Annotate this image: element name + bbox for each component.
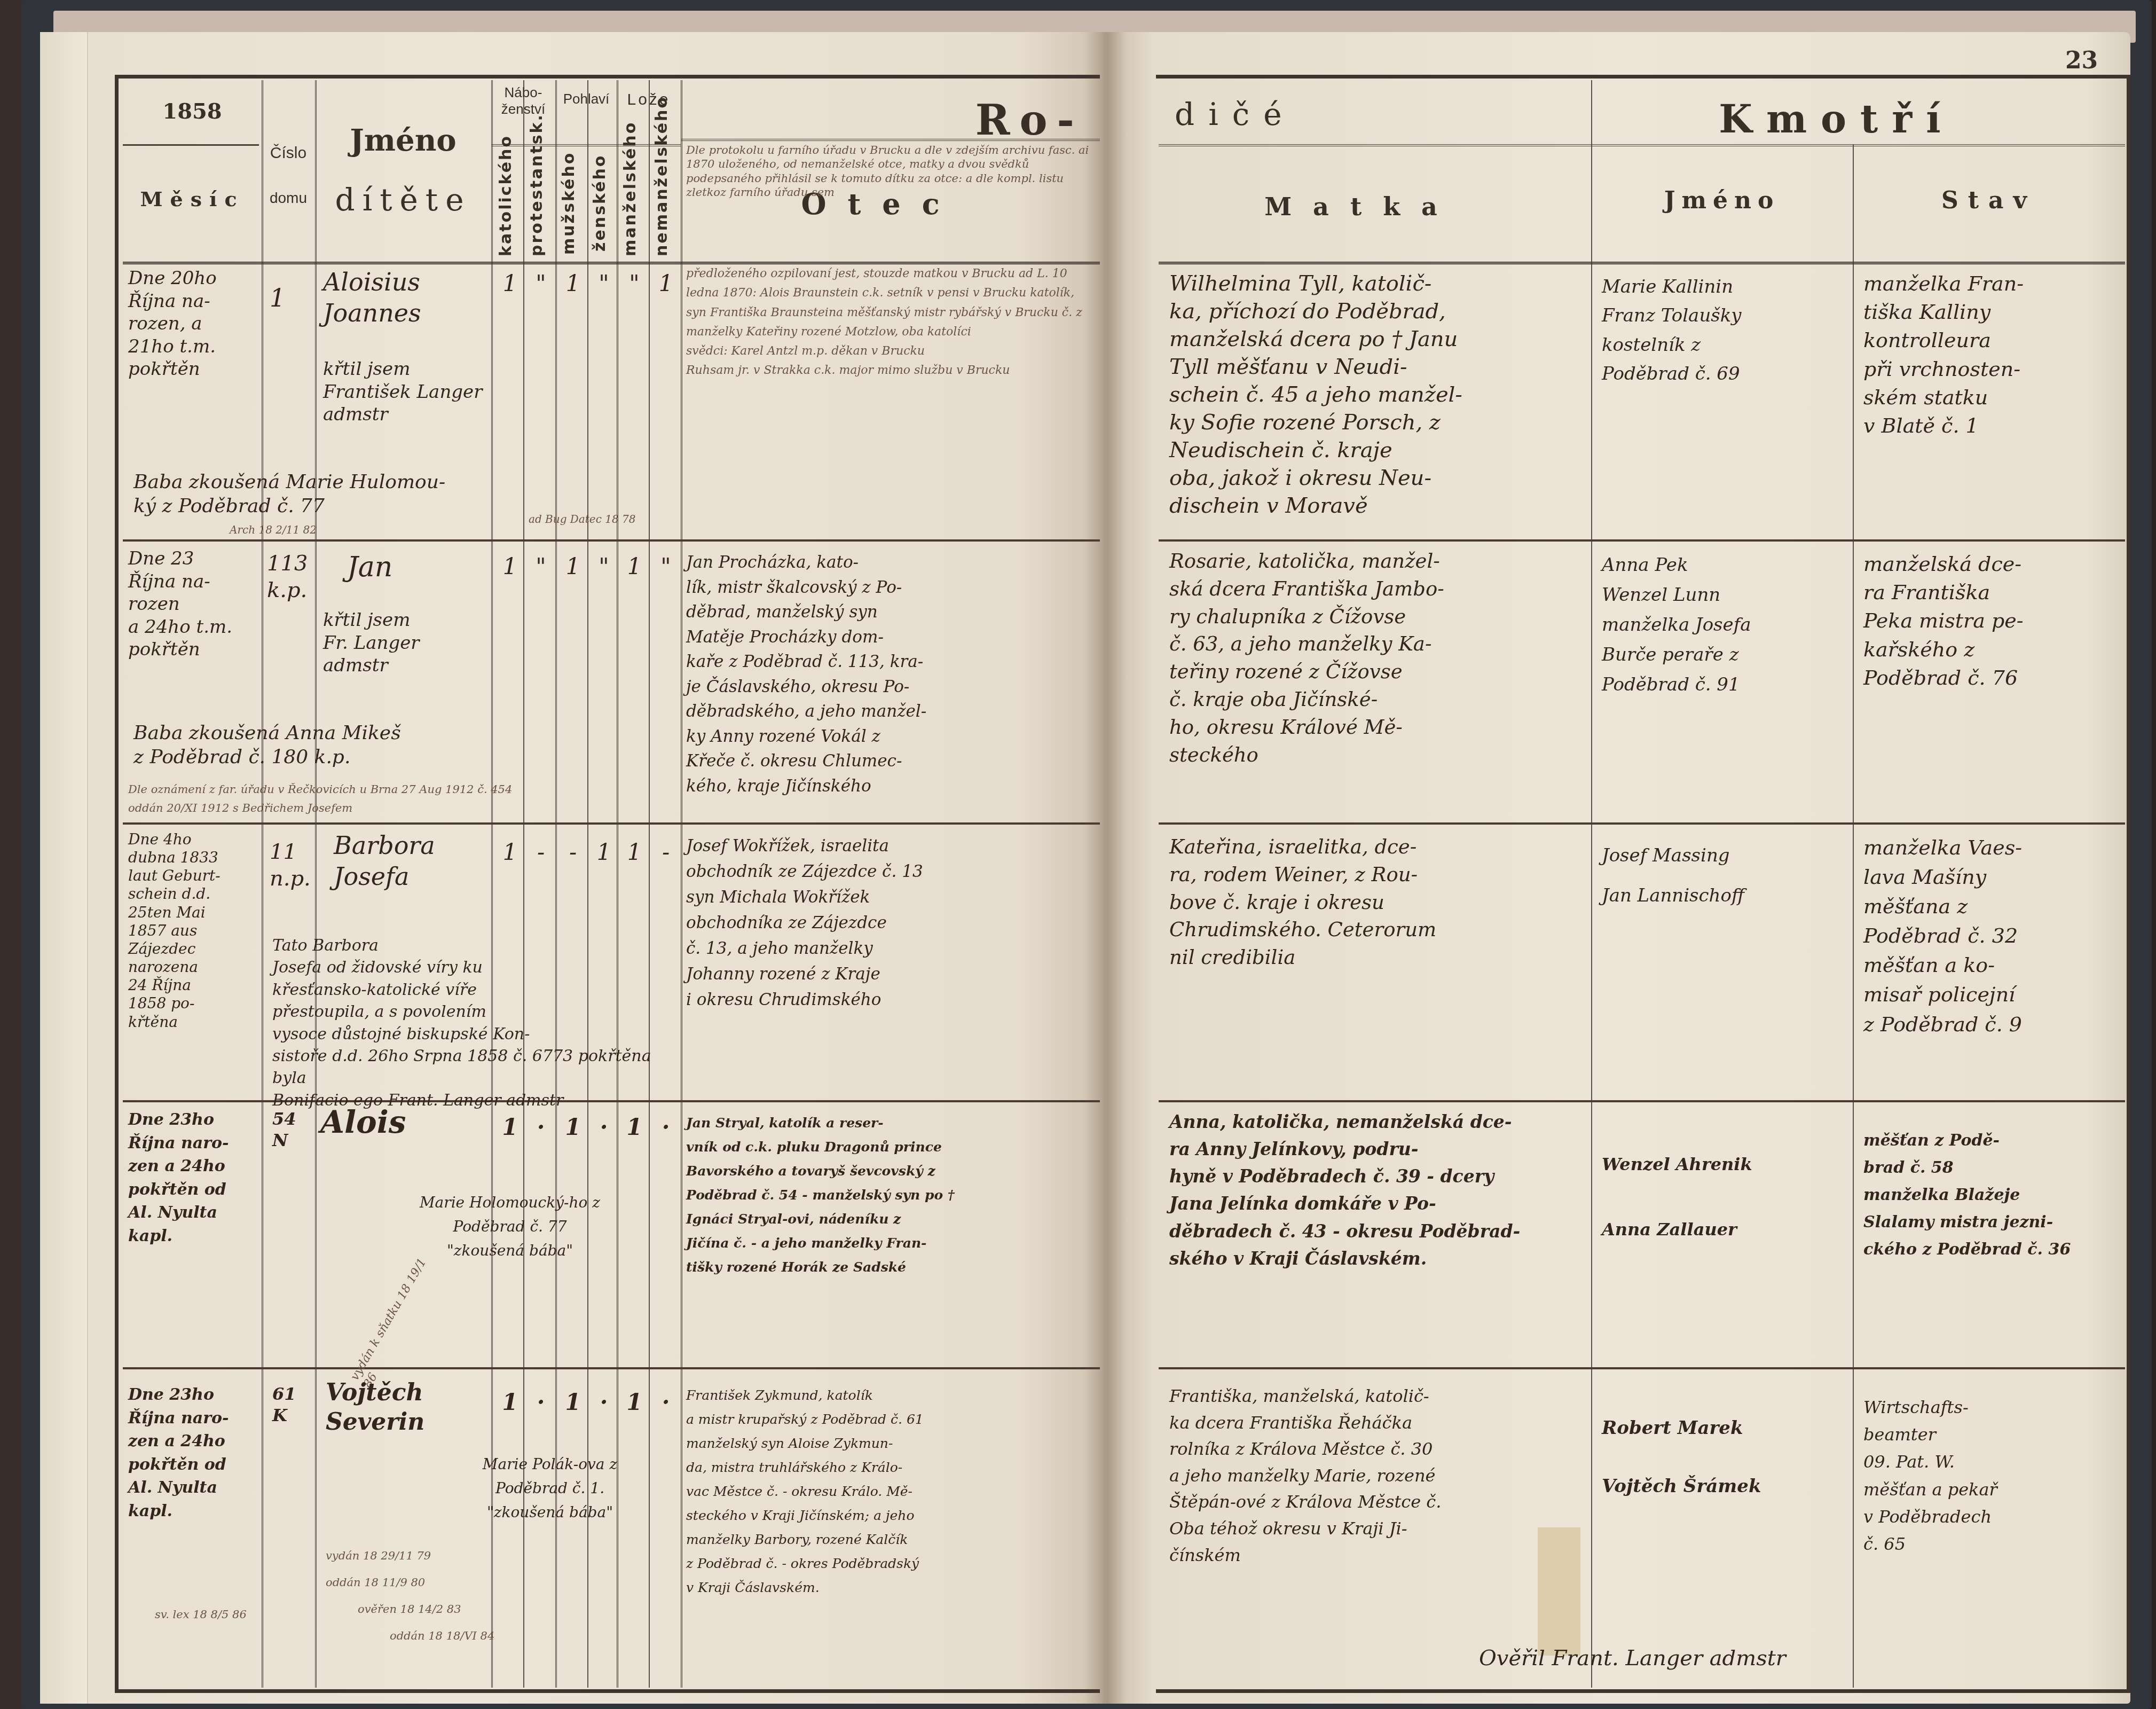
entry-3-conversion-note: Tato Barbora Josefa od židovské víry ku … bbox=[272, 935, 689, 1111]
year-rule bbox=[123, 144, 259, 146]
entry-3-mother: Kateřina, israelitka, dce- ra, rodem Wei… bbox=[1169, 833, 1586, 971]
entry-5-illegitimate: · bbox=[652, 1389, 679, 1417]
entry-2-mother: Rosarie, katolička, manžel- ská dcera Fr… bbox=[1169, 547, 1586, 769]
entry-1-godparent-name: Marie Kallinin Franz Tolaušky kostelník … bbox=[1602, 272, 1847, 389]
entry-5-protestant: · bbox=[528, 1389, 554, 1417]
entry-5-margin-note: oddán 18 11/9 80 bbox=[326, 1575, 486, 1589]
parents-header-part1: Ro- bbox=[924, 96, 1084, 145]
entry-5-mother: Františka, manželská, katolič- ka dcera … bbox=[1169, 1383, 1586, 1569]
entry-4-male: 1 bbox=[560, 1114, 586, 1142]
page-number: 23 bbox=[2065, 47, 2098, 74]
entry-5-margin-note: sv. lex 18 8/5 86 bbox=[155, 1608, 262, 1621]
entry-2-legitimate: 1 bbox=[621, 553, 648, 581]
entry-2-child-name: Jan bbox=[347, 550, 486, 585]
entry-3-godparent-status: manželka Vaes- lava Mašíny měšťana z Pod… bbox=[1863, 833, 2120, 1039]
entry-2-male: 1 bbox=[560, 553, 586, 581]
entry-5-female: · bbox=[591, 1389, 617, 1417]
right-register-grid: dičé Matka Kmotří Jméno Stav Wilhelmina … bbox=[1159, 80, 2125, 1688]
child-name-header: Jméno bbox=[316, 123, 490, 158]
entry-4-margin-note: vydán k sňatku 18 19/1 86 bbox=[348, 1256, 443, 1391]
column-divider bbox=[649, 80, 650, 1688]
column-divider bbox=[491, 80, 493, 1688]
entry-separator bbox=[1159, 539, 2125, 542]
column-divider bbox=[587, 80, 588, 1688]
mother-header: Matka bbox=[1201, 192, 1522, 221]
entry-3-legitimate: 1 bbox=[621, 838, 648, 867]
entry-2-catholic: 1 bbox=[497, 553, 523, 581]
entry-5-godparent-status: Wirtschafts- beamter 09. Pat. W. měšťan … bbox=[1863, 1394, 2120, 1558]
entry-4-midwife: Marie Holomoucký-ho z Poděbrad č. 77 "zk… bbox=[363, 1191, 657, 1263]
column-divider bbox=[681, 80, 682, 1688]
house-number-subheader: domu bbox=[263, 190, 314, 207]
male-subheader: mužského bbox=[560, 150, 583, 256]
entry-2-baptized-by: křtil jsem Fr. Langer admstr bbox=[323, 609, 622, 677]
religion-header: Nábo- ženství bbox=[492, 84, 554, 117]
entry-5-house-number: 61 K bbox=[272, 1383, 312, 1426]
entry-5-date: Dne 23ho Října naro- zen a 24ho pokřtěn … bbox=[128, 1383, 262, 1523]
entry-separator bbox=[123, 822, 1100, 825]
house-number-header: Číslo bbox=[263, 144, 314, 162]
entry-5-legitimate: 1 bbox=[621, 1389, 648, 1417]
entry-separator bbox=[123, 539, 1100, 542]
entry-1-godparent-status: manželka Fran- tiška Kalliny kontrolleur… bbox=[1863, 270, 2120, 440]
entry-5-margin-note: oddán 18 18/VI 84 bbox=[390, 1629, 550, 1643]
entry-5-midwife: Marie Polák-ova z Poděbrad č. 1. "zkouše… bbox=[422, 1453, 678, 1524]
entry-4-mother: Anna, katolička, nemanželská dce- ra Ann… bbox=[1169, 1108, 1586, 1272]
entry-4-godparent-name: Wenzel Ahrenik Anna Zallauer bbox=[1602, 1132, 1847, 1262]
entry-1-father: předloženého ozpilovaní jest, stouzde ma… bbox=[686, 264, 1092, 381]
entry-2-godparent-name: Anna Pek Wenzel Lunn manželka Josefa Bur… bbox=[1602, 550, 1847, 700]
month-header: Měsíc bbox=[123, 187, 262, 211]
entry-1-female: " bbox=[591, 270, 617, 298]
entry-1-illegitimate: 1 bbox=[652, 270, 679, 298]
entry-1-midwife: Baba zkoušená Marie Hulomou- ký z Poděbr… bbox=[133, 470, 678, 518]
entry-4-female: · bbox=[591, 1114, 617, 1142]
entry-5-catholic: 1 bbox=[497, 1389, 523, 1417]
subheader-rule bbox=[1159, 144, 2125, 146]
godparents-header: Kmotří bbox=[1650, 96, 2024, 142]
entry-3-female: 1 bbox=[591, 838, 617, 867]
entry-separator bbox=[1159, 1100, 2125, 1102]
entry-2-margin-note: Dle oznámení z far. úřadu v Řečkovicích … bbox=[128, 782, 678, 796]
entry-4-legitimate: 1 bbox=[621, 1114, 648, 1142]
entry-2-date: Dne 23 Října na- rozen a 24ho t.m. pokřt… bbox=[128, 547, 262, 661]
column-divider bbox=[523, 80, 524, 1688]
entry-2-margin-note: oddán 20/XI 1912 s Bedřichem Josefem bbox=[128, 801, 678, 815]
entry-1-margin-note: ad Bug Datec 18 78 bbox=[529, 513, 678, 526]
entry-2-midwife: Baba zkoušená Anna Mikeš z Poděbrad č. 1… bbox=[133, 721, 678, 769]
left-page-edge bbox=[40, 32, 88, 1704]
entry-5-male: 1 bbox=[560, 1389, 586, 1417]
header-bottom-rule bbox=[1159, 262, 2125, 264]
entry-1-catholic: 1 bbox=[497, 270, 523, 298]
female-subheader: ženského bbox=[591, 150, 614, 256]
entry-separator bbox=[123, 1367, 1100, 1369]
parents-header-part2: dičé bbox=[1175, 96, 1335, 132]
entry-5-godparent-name: Robert Marek Vojtěch Šrámek bbox=[1602, 1399, 1847, 1516]
left-register-grid: 1858 Měsíc Číslo domu Jméno dítěte Nábo-… bbox=[123, 80, 1100, 1688]
entry-1-legitimate: " bbox=[621, 270, 648, 298]
catholic-subheader: katolického bbox=[497, 150, 520, 256]
entry-5-margin-note: vydán 18 29/11 79 bbox=[326, 1549, 486, 1563]
entry-4-catholic: 1 bbox=[497, 1114, 523, 1142]
entry-3-father: Josef Wokřížek, israelita obchodník ze Z… bbox=[686, 833, 1092, 1013]
book-gutter bbox=[1084, 32, 1127, 1704]
entry-1-margin-note: Arch 18 2/11 82 bbox=[230, 523, 390, 537]
entry-4-illegitimate: · bbox=[652, 1114, 679, 1142]
administrator-signature: Ověřil Frant. Langer admstr bbox=[1479, 1645, 1960, 1672]
sex-header: Pohlaví bbox=[556, 91, 616, 107]
entry-1-baptized-by: křtil jsem František Langer admstr bbox=[323, 358, 622, 426]
entry-1-date: Dne 20ho Října na- rozen, a 21ho t.m. po… bbox=[128, 267, 262, 381]
entry-separator bbox=[1159, 822, 2125, 825]
entry-2-illegitimate: " bbox=[652, 553, 679, 581]
legitimate-subheader: manželského bbox=[621, 150, 644, 256]
entry-4-child-name: Alois bbox=[320, 1103, 486, 1142]
entry-3-child-name: Barbora Josefa bbox=[334, 830, 489, 892]
entry-3-house-number: 11 n.p. bbox=[270, 838, 312, 892]
entry-2-protestant: " bbox=[528, 553, 554, 581]
entry-1-mother: Wilhelmina Tyll, katolič- ka, příchozí d… bbox=[1169, 270, 1586, 520]
year-label: 1858 bbox=[133, 99, 251, 124]
entry-3-protestant: - bbox=[528, 838, 554, 867]
entry-3-male: - bbox=[560, 838, 586, 867]
child-name-subheader: dítěte bbox=[316, 182, 490, 218]
entry-separator bbox=[1159, 1367, 2125, 1369]
entry-2-godparent-status: manželská dce- ra Františka Peka mistra … bbox=[1863, 550, 2120, 692]
entry-2-house-number: 113 k.p. bbox=[267, 550, 312, 603]
entry-3-illegitimate: - bbox=[652, 838, 679, 867]
godparent-name-header: Jméno bbox=[1596, 187, 1847, 214]
entry-1-house-number: 1 bbox=[270, 283, 312, 314]
entry-5-margin-note: ověřen 18 14/2 83 bbox=[358, 1602, 518, 1616]
entry-5-father: František Zykmund, katolík a mistr krupa… bbox=[686, 1383, 1092, 1600]
illegitimate-subheader: nemanželského bbox=[652, 150, 676, 256]
entry-4-father: Jan Stryal, katolík a reser- vník od c.k… bbox=[686, 1111, 1092, 1279]
entry-5-child-name: Vojtěch Severin bbox=[326, 1378, 486, 1437]
entry-2-father: Jan Procházka, kato- lík, mistr škalcovs… bbox=[686, 550, 1092, 798]
column-divider bbox=[1591, 80, 1592, 1688]
header-annotation: Dle protokolu u farního úřadu v Brucku a… bbox=[686, 143, 1097, 199]
column-divider bbox=[315, 80, 317, 1688]
entry-3-godparent-name: Josef Massing Jan Lannischoff bbox=[1602, 836, 1847, 916]
entry-1-male: 1 bbox=[560, 270, 586, 298]
entry-2-female: " bbox=[591, 553, 617, 581]
protestant-subheader: protestantsk. bbox=[528, 150, 551, 256]
entry-1-protestant: " bbox=[528, 270, 554, 298]
entry-4-house-number: 54 N bbox=[272, 1108, 312, 1151]
entry-4-date: Dne 23ho Října naro- zen a 24ho pokřtěn … bbox=[128, 1108, 262, 1248]
entry-4-protestant: · bbox=[528, 1114, 554, 1142]
column-divider bbox=[1853, 144, 1854, 1688]
column-divider bbox=[262, 80, 263, 1688]
column-divider bbox=[555, 80, 557, 1688]
entry-3-date: Dne 4ho dubna 1833 laut Geburt- schein d… bbox=[128, 830, 262, 1031]
entry-1-child-name: Aloisius Joannes bbox=[323, 267, 489, 328]
entry-3-catholic: 1 bbox=[497, 838, 523, 867]
godparent-status-header: Stav bbox=[1858, 187, 2120, 214]
column-divider bbox=[617, 80, 618, 1688]
entry-4-godparent-status: měšťan z Podě- brad č. 58 manželka Blaže… bbox=[1863, 1127, 2120, 1263]
